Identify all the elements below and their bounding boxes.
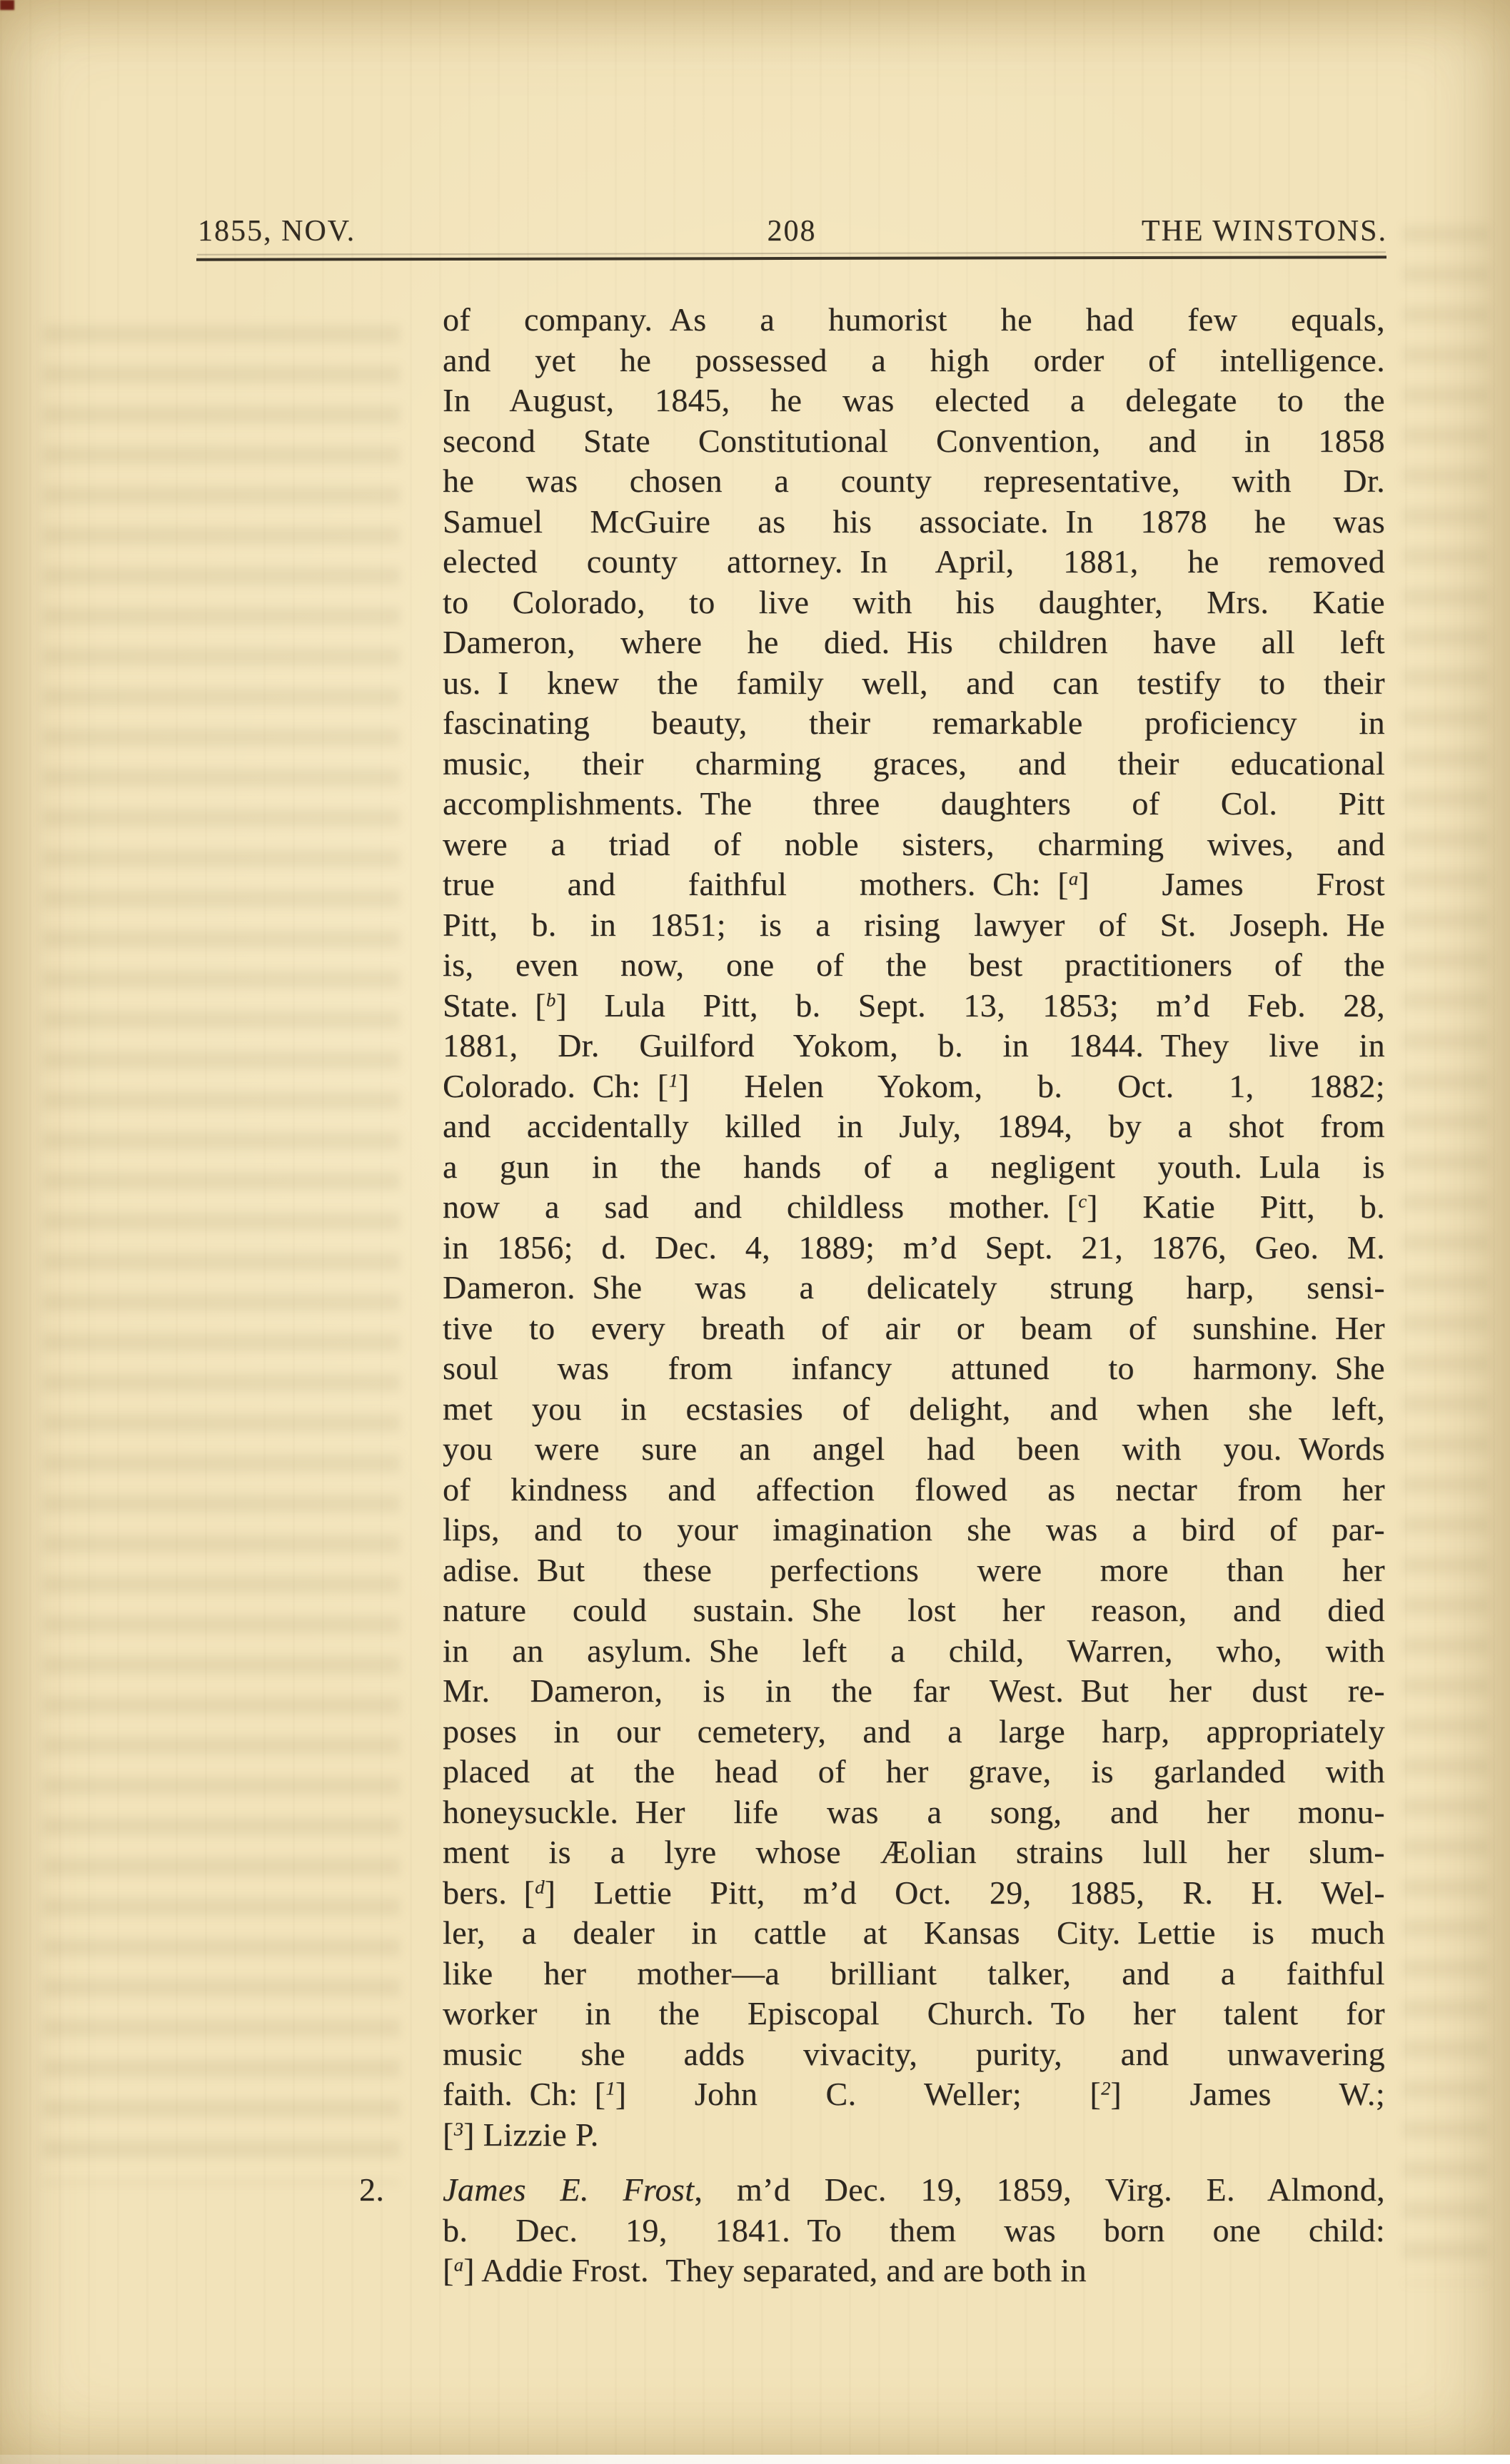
text-line: James E. Frost, m’d Dec. 19, 1859, Virg.… [443, 2170, 1385, 2211]
text-line: in an asylum. She left a child, Warren, … [443, 1631, 1385, 1672]
text-line: in 1856; d. Dec. 4, 1889; m’d Sept. 21, … [443, 1228, 1385, 1268]
text-line: you were sure an angel had been with you… [443, 1429, 1385, 1470]
text-line: like her mother—a brilliant talker, and … [443, 1954, 1385, 1994]
text-line: met you in ecstasies of delight, and whe… [443, 1389, 1385, 1430]
entry-number: 2. [359, 2170, 384, 2211]
footnote-letter: 1 [605, 2077, 615, 2099]
text-line: were a triad of noble sisters, charming … [443, 824, 1385, 865]
footnote-letter: 1 [668, 1069, 678, 1091]
text-line: poses in our cemetery, and a large harp,… [443, 1712, 1385, 1752]
text-line: music she adds vivacity, purity, and unw… [443, 2034, 1385, 2075]
text-line: a gun in the hands of a negligent youth.… [443, 1147, 1385, 1188]
italic-name: James E. Frost [443, 2171, 694, 2208]
text-line: music, their charming graces, and their … [443, 744, 1385, 784]
text-line: and accidentally killed in July, 1894, b… [443, 1106, 1385, 1147]
text-line: to Colorado, to live with his daughter, … [443, 582, 1385, 623]
footnote-letter: a [454, 2253, 463, 2275]
text-line: 1881, Dr. Guilford Yokom, b. in 1844. Th… [443, 1026, 1385, 1066]
text-line: true and faithful mothers. Ch: [a] James… [443, 864, 1385, 905]
text-line: Pitt, b. in 1851; is a rising lawyer of … [443, 905, 1385, 946]
text-line: he was chosen a county representative, w… [443, 461, 1385, 502]
text-line: worker in the Episcopal Church. To her t… [443, 1994, 1385, 2034]
page-body-text: of company. As a humorist he had few equ… [443, 300, 1385, 2155]
text-line: fascinating beauty, their remarkable pro… [443, 703, 1385, 744]
text-line: [a] Addie Frost. They separated, and are… [443, 2251, 1385, 2291]
bleed-through-right-margin [1403, 214, 1489, 2284]
footnote-letter: a [1069, 867, 1078, 889]
text-line: and yet he possessed a high order of int… [443, 340, 1385, 381]
header-book-title: THE WINSTONS. [1142, 214, 1387, 248]
text-line: us. I knew the family well, and can test… [443, 663, 1385, 704]
text-line: bers. [d] Lettie Pitt, m’d Oct. 29, 1885… [443, 1873, 1385, 1914]
scan-corner-artifact [0, 0, 14, 10]
text-line: soul was from infancy attuned to harmony… [443, 1348, 1385, 1389]
footnote-letter: 3 [454, 2118, 463, 2139]
text-line: placed at the head of her grave, is garl… [443, 1752, 1385, 1792]
footnote-letter: 2 [1101, 2077, 1110, 2099]
text-line: tive to every breath of air or beam of s… [443, 1308, 1385, 1349]
text-line: lips, and to your imagination she was a … [443, 1510, 1385, 1550]
text-line: State. [b] Lula Pitt, b. Sept. 13, 1853;… [443, 986, 1385, 1026]
text-line: nature could sustain. She lost her reaso… [443, 1590, 1385, 1631]
text-line: [3] Lizzie P. [443, 2115, 1385, 2156]
header-rule [196, 256, 1386, 261]
genealogy-entry-2: 2. James E. Frost, m’d Dec. 19, 1859, Vi… [443, 2170, 1385, 2291]
footnote-letter: d [535, 1876, 544, 1897]
text-line: Samuel McGuire as his associate. In 1878… [443, 502, 1385, 542]
text-line: is, even now, one of the best practition… [443, 945, 1385, 986]
text-line: b. Dec. 19, 1841. To them was born one c… [443, 2211, 1385, 2251]
text-line: Dameron, where he died. His children hav… [443, 622, 1385, 663]
text-line: adise. But these perfections were more t… [443, 1550, 1385, 1591]
running-head: 1855, NOV. 208 THE WINSTONS. [196, 214, 1387, 251]
text-line: ment is a lyre whose Æolian strains lull… [443, 1832, 1385, 1873]
text-line: Dameron. She was a delicately strung har… [443, 1268, 1385, 1308]
text-line: accomplishments. The three daughters of … [443, 784, 1385, 824]
scanned-book-page: 1855, NOV. 208 THE WINSTONS. of company.… [0, 0, 1510, 2464]
footnote-letter: c [1078, 1190, 1087, 1211]
footnote-letter: b [546, 989, 555, 1010]
bleed-through-left-margin [43, 314, 400, 2184]
scan-bottom-edge-artifact [0, 2455, 1510, 2464]
text-line: second State Constitutional Convention, … [443, 421, 1385, 462]
text-line: of company. As a humorist he had few equ… [443, 300, 1385, 340]
text-line: In August, 1845, he was elected a delega… [443, 380, 1385, 421]
text-line: elected county attorney. In April, 1881,… [443, 542, 1385, 582]
text-line: of kindness and affection flowed as nect… [443, 1470, 1385, 1510]
text-line: Mr. Dameron, is in the far West. But her… [443, 1671, 1385, 1712]
text-line: ler, a dealer in cattle at Kansas City. … [443, 1913, 1385, 1954]
text-line: faith. Ch: [1] John C. Weller; [2] James… [443, 2074, 1385, 2115]
text-line: honeysuckle. Her life was a song, and he… [443, 1792, 1385, 1833]
entry-2-lines: James E. Frost, m’d Dec. 19, 1859, Virg.… [443, 2170, 1385, 2291]
text-line: now a sad and childless mother. [c] Kati… [443, 1187, 1385, 1228]
text-line: Colorado. Ch: [1] Helen Yokom, b. Oct. 1… [443, 1066, 1385, 1107]
